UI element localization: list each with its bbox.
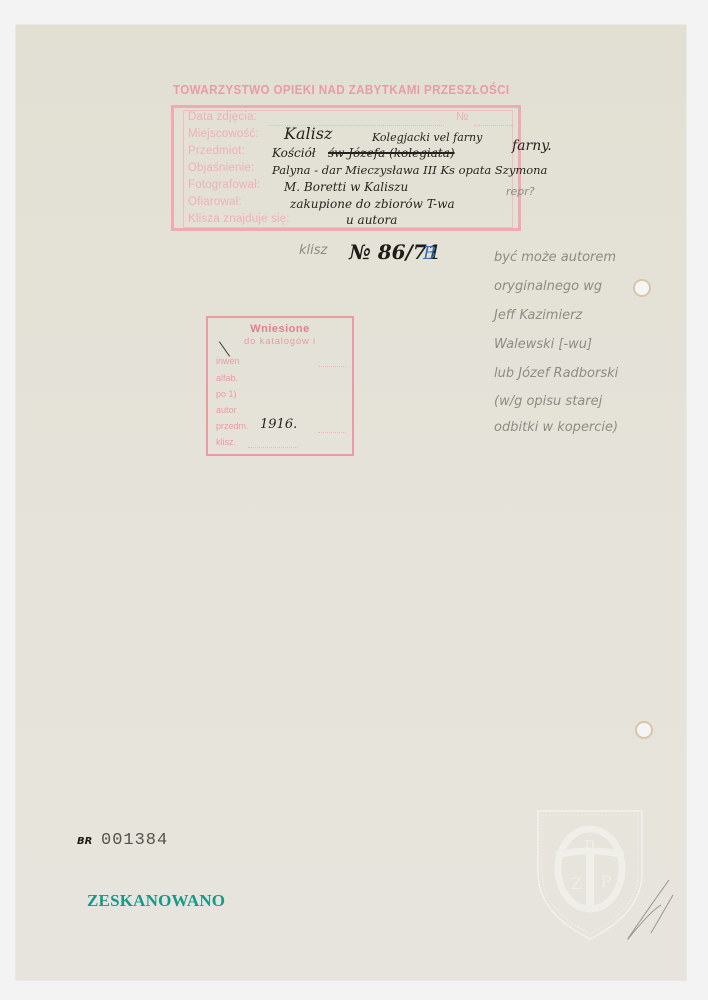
value-place: Kalisz bbox=[284, 124, 332, 143]
catalog-row-label: po 1) bbox=[216, 389, 237, 399]
value-description: Palyna - dar Mieczysława III Ks opata Sz… bbox=[272, 163, 547, 177]
field-label-subject: Przedmiot: bbox=[188, 145, 245, 157]
punch-hole-top bbox=[635, 281, 649, 295]
value-photographer: M. Boretti w Kaliszu bbox=[284, 180, 408, 194]
catalog-row-line bbox=[248, 446, 298, 448]
serial-number: 001384 bbox=[101, 831, 168, 850]
pencil-signature bbox=[621, 875, 681, 945]
field-label-negative: Klisza znajduje się: bbox=[188, 213, 290, 225]
field-line-no bbox=[474, 124, 514, 126]
pencil-line: Walewski [-wu] bbox=[494, 330, 684, 359]
field-label-description: Objaśnienie: bbox=[188, 162, 254, 174]
pencil-line: lub Józef Radborski bbox=[494, 359, 684, 388]
value-subject-tail: farny. bbox=[512, 138, 552, 154]
svg-text:n: n bbox=[584, 833, 596, 854]
field-label-place: Miejscowość: bbox=[188, 128, 259, 140]
serial-prefix: BR bbox=[77, 836, 92, 847]
punch-hole-bottom bbox=[637, 723, 651, 737]
society-stamp-title: TOWARZYSTWO OPIEKI NAD ZABYTKAMI PRZESZŁ… bbox=[173, 83, 510, 97]
svg-text:P: P bbox=[601, 872, 612, 891]
catalog-row-label: klisz. bbox=[216, 437, 236, 447]
value-donor: zakupione do zbiorów T-wa bbox=[290, 197, 455, 211]
value-negative: u autora bbox=[346, 213, 397, 227]
svg-text:Z: Z bbox=[570, 874, 581, 893]
catalog-stamp: Wniesione do katalogów i inwen alfab. po… bbox=[206, 316, 354, 456]
catalog-row-value: 1916. bbox=[260, 417, 297, 432]
pencil-line: (w/g opisu starej bbox=[494, 388, 684, 415]
document-sheet: TOWARZYSTWO OPIEKI NAD ZABYTKAMI PRZESZŁ… bbox=[16, 25, 686, 980]
catalog-stamp-subtitle: do katalogów i bbox=[208, 336, 352, 347]
scanned-stamp: ZESKANOWANO bbox=[87, 891, 225, 911]
pencil-line: Jeff Kazimierz bbox=[494, 301, 684, 330]
value-subject-struck: św Józefa (kolegiata) bbox=[328, 146, 455, 160]
field-label-photographer: Fotografował: bbox=[188, 179, 260, 191]
blue-mark: B bbox=[423, 243, 436, 264]
pencil-note-klisz: klisz bbox=[299, 243, 327, 258]
pencil-line: odbitki w kopercie) bbox=[494, 415, 684, 440]
pencil-line: być może autorem bbox=[494, 243, 684, 272]
value-subject: Kościół bbox=[272, 146, 316, 160]
catalog-row-label: inwen bbox=[216, 356, 240, 366]
catalog-row-label: autor bbox=[216, 405, 237, 415]
field-label-no: № bbox=[456, 111, 469, 123]
field-label-date: Data zdjęcia: bbox=[188, 111, 257, 123]
field-label-donor: Ofiarował: bbox=[188, 196, 242, 208]
catalog-row-label: alfab. bbox=[216, 373, 238, 383]
pencil-attribution-note: być może autorem oryginalnego wg Jeff Ka… bbox=[494, 243, 684, 440]
pencil-line: oryginalnego wg bbox=[494, 272, 684, 301]
catalog-row-line bbox=[318, 365, 346, 367]
catalog-stamp-title: Wniesione bbox=[208, 323, 352, 335]
catalog-row-label: przedm. bbox=[216, 421, 249, 431]
catalog-row-line bbox=[318, 431, 346, 433]
value-subject-insert: Kolegjacki vel farny bbox=[372, 131, 482, 144]
pencil-note-repr: repr? bbox=[506, 185, 535, 198]
